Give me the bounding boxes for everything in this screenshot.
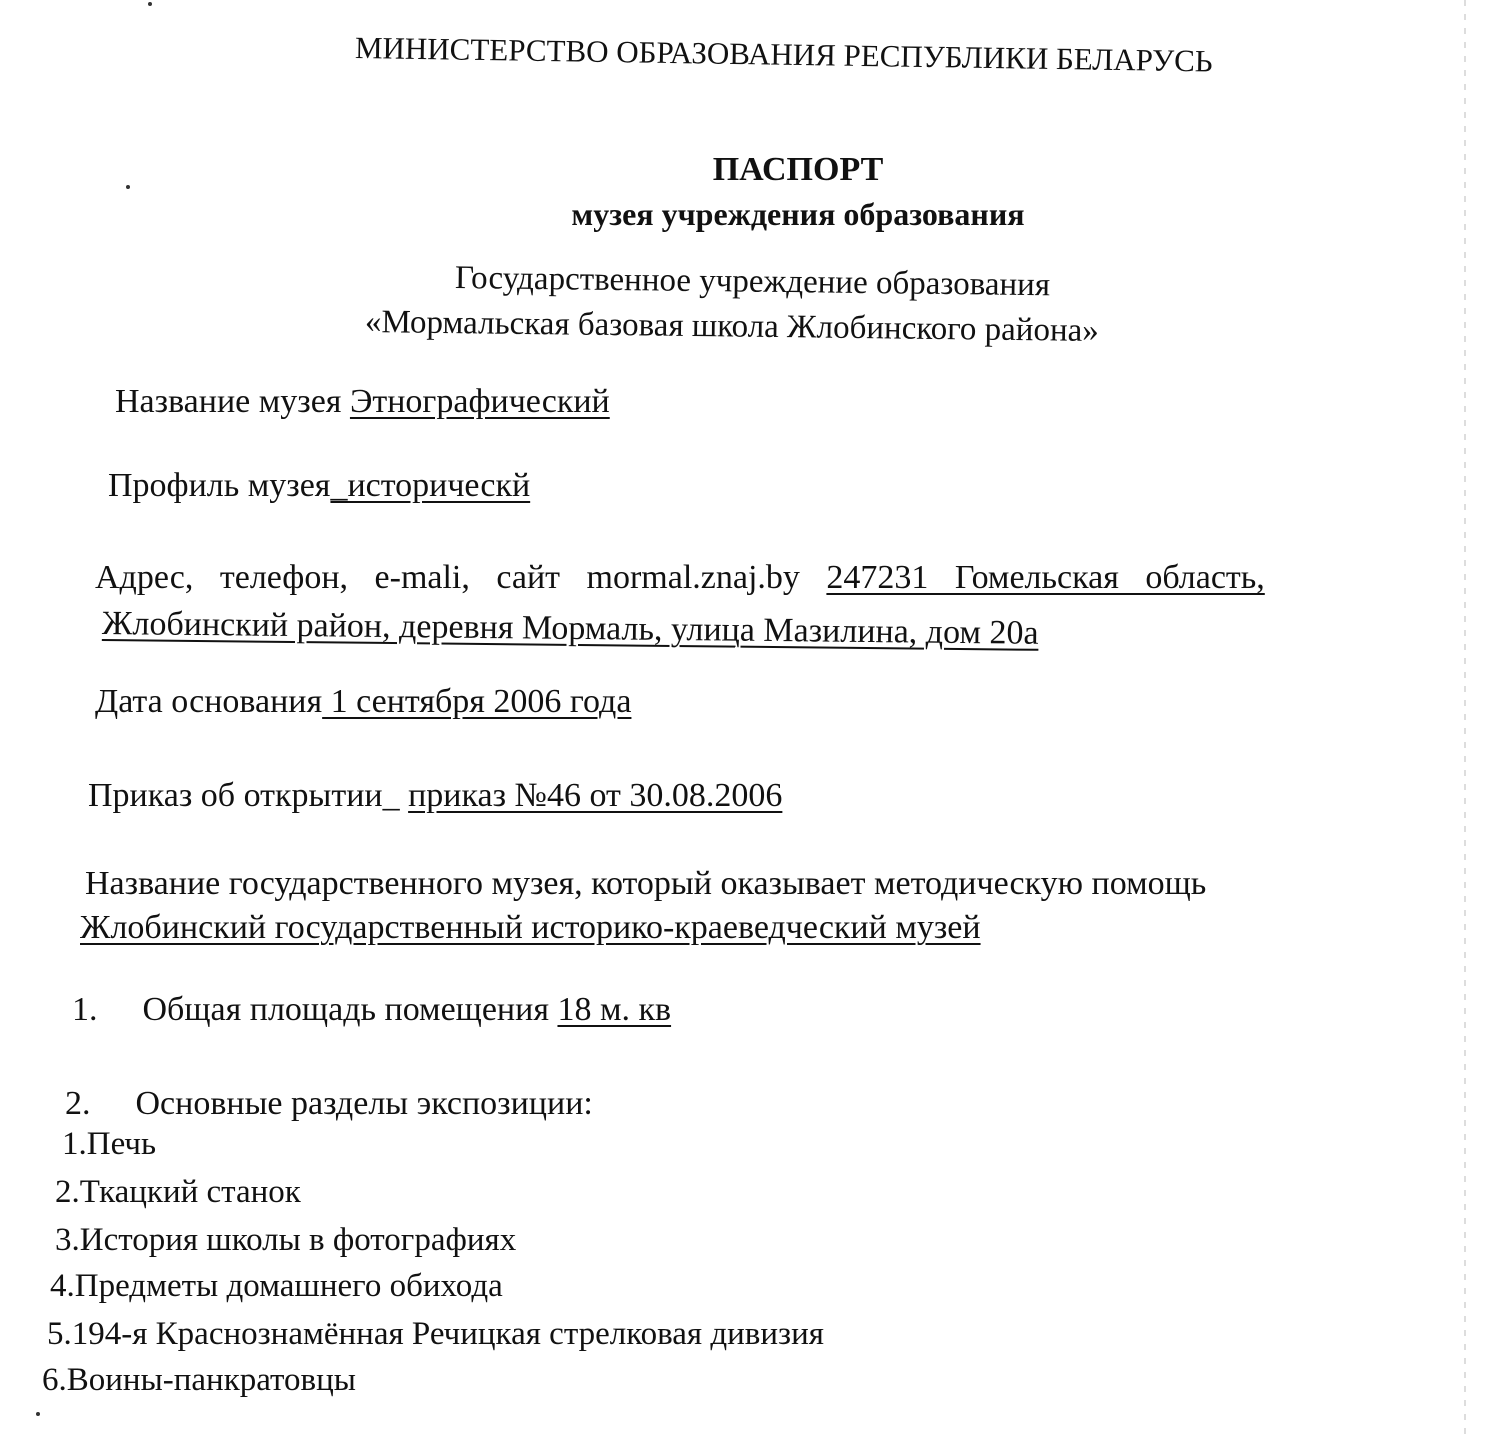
section-item: 3.История школы в фотографиях xyxy=(55,1220,516,1260)
field-value: Этнографический xyxy=(350,383,610,420)
field-contacts-line-1: Адрес, телефон, e-mali, сайт mormal.znaj… xyxy=(95,558,1265,598)
field-value: 1 сентября 2006 года xyxy=(322,683,631,720)
section-item: 2.Ткацкий станок xyxy=(55,1172,301,1212)
field-state-museum-value: Жлобинский государственный историко-крае… xyxy=(80,908,981,948)
document-title: ПАСПОРТ xyxy=(0,150,1506,190)
scan-speck xyxy=(148,2,152,6)
field-label: Приказ об открытии_ xyxy=(88,777,408,814)
field-state-museum-label: Название государственного музея, который… xyxy=(85,864,1206,904)
section-item: 1.Печь xyxy=(62,1124,156,1164)
field-label: Основные разделы экспозиции: xyxy=(136,1085,593,1122)
field-value: _историческй xyxy=(330,467,530,504)
field-label: Дата основания xyxy=(95,683,322,720)
item-area: 1.Общая площадь помещения 18 м. кв xyxy=(72,990,671,1030)
scan-speck xyxy=(126,185,130,189)
institution-line-1: Государственное учреждение образования xyxy=(455,258,1051,305)
field-value: Жлобинский государственный историко-крае… xyxy=(80,909,981,946)
field-opening-order: Приказ об открытии_ приказ №46 от 30.08.… xyxy=(88,776,782,816)
item-number: 2. xyxy=(65,1085,91,1122)
scan-speck xyxy=(36,1412,40,1416)
item-number: 1. xyxy=(72,991,98,1028)
section-item: 6.Воины-панкратовцы xyxy=(42,1360,356,1400)
field-value: приказ №46 от 30.08.2006 xyxy=(408,777,782,814)
document-subtitle: музея учреждения образования xyxy=(0,194,1506,234)
field-label: Профиль музея xyxy=(108,467,330,504)
field-museum-name: Название музея Этнографический xyxy=(115,382,610,422)
document-page: МИНИСТЕРСТВО ОБРАЗОВАНИЯ РЕСПУБЛИКИ БЕЛА… xyxy=(0,0,1506,1434)
ministry-header: МИНИСТЕРСТВО ОБРАЗОВАНИЯ РЕСПУБЛИКИ БЕЛА… xyxy=(355,28,1213,81)
field-label: Название музея xyxy=(115,383,350,420)
field-museum-profile: Профиль музея_историческй xyxy=(108,466,530,506)
item-sections: 2.Основные разделы экспозиции: xyxy=(65,1084,593,1124)
field-value: 18 м. кв xyxy=(557,991,671,1028)
field-value: 247231 Гомельская область, xyxy=(826,559,1264,596)
field-label: Адрес, телефон, e-mali, сайт mormal.znaj… xyxy=(95,559,826,596)
field-label: Общая площадь помещения xyxy=(143,991,558,1028)
section-item: 4.Предметы домашнего обихода xyxy=(50,1266,503,1306)
field-founded: Дата основания 1 сентября 2006 года xyxy=(95,682,631,722)
field-value: Жлобинский район, деревня Мормаль, улица… xyxy=(102,605,1039,652)
section-item: 5.194-я Краснознамённая Речицкая стрелко… xyxy=(47,1314,824,1354)
institution-line-2: «Мормальская базовая школа Жлобинского р… xyxy=(365,302,1099,351)
field-contacts-line-2: Жлобинский район, деревня Мормаль, улица… xyxy=(102,604,1039,654)
